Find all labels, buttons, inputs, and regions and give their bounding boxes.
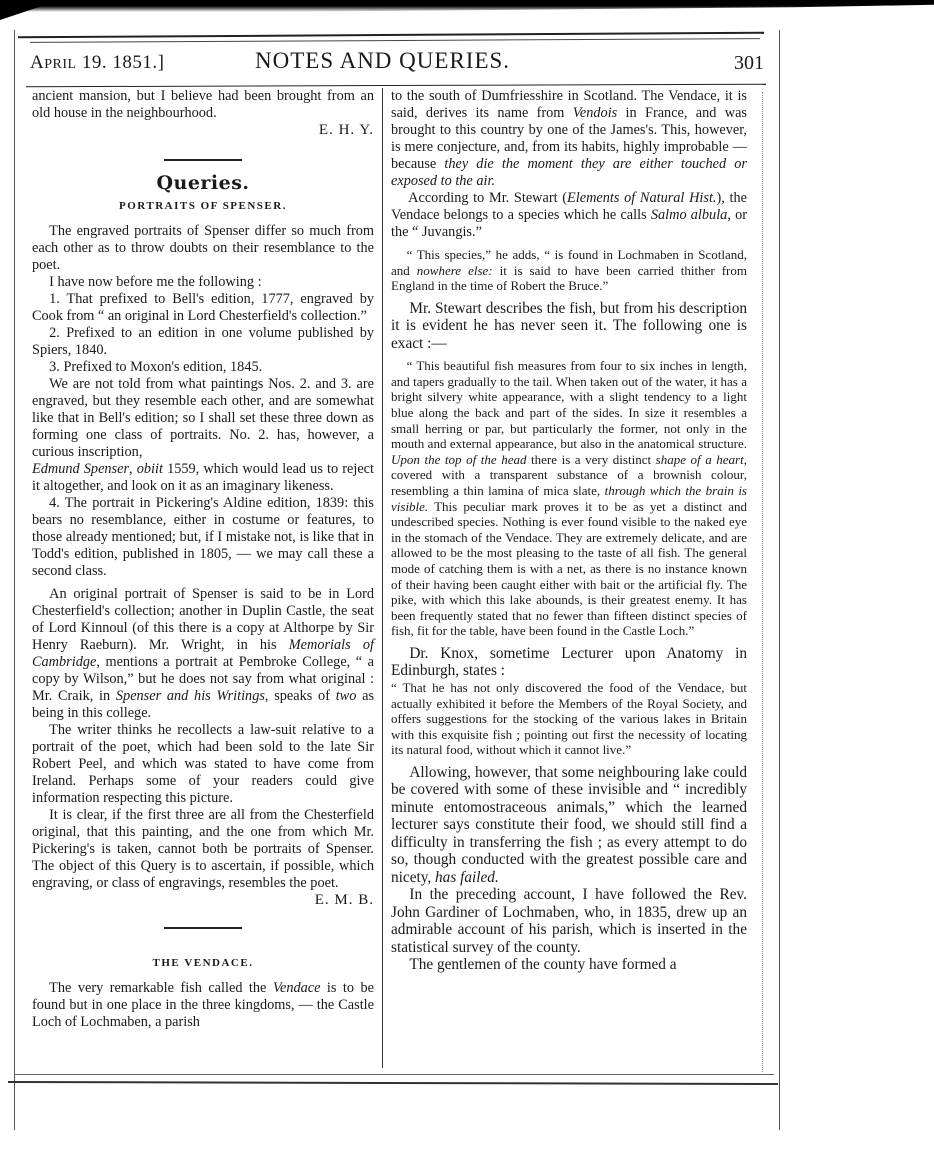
- paragraph: Dr. Knox, sometime Lecturer upon Anatomy…: [391, 645, 747, 680]
- paragraph: Edmund Spenser, obiit 1559, which would …: [32, 461, 374, 495]
- page-number: 301: [734, 52, 764, 75]
- paragraph: The engraved portraits of Spenser differ…: [32, 223, 374, 274]
- scan-shadow-top: [0, 0, 934, 12]
- paragraph: The gentlemen of the county have formed …: [391, 956, 747, 974]
- section-rule: [164, 927, 242, 929]
- column-divider: [382, 88, 383, 1068]
- article-title: PORTRAITS OF SPENSER.: [32, 198, 374, 215]
- paragraph: to the south of Dumfriesshire in Scotlan…: [391, 88, 747, 190]
- signature: E. M. B.: [32, 892, 374, 909]
- block-quote: “ This species,” he adds, “ is found in …: [391, 247, 747, 294]
- right-column: to the south of Dumfriesshire in Scotlan…: [391, 88, 747, 974]
- frame-rule-bottom-inner: [14, 1074, 774, 1075]
- paragraph: We are not told from what paintings Nos.…: [32, 376, 374, 461]
- paragraph: Mr. Stewart describes the fish, but from…: [391, 300, 747, 353]
- paragraph: Allowing, however, that some neighbourin…: [391, 764, 747, 887]
- paragraph: An original portrait of Spenser is said …: [32, 586, 374, 722]
- paragraph: In the preceding account, I have followe…: [391, 886, 747, 956]
- paragraph: According to Mr. Stewart (Elements of Na…: [391, 190, 747, 241]
- outer-margin-line: [762, 92, 763, 1072]
- paragraph: It is clear, if the first three are all …: [32, 807, 374, 892]
- section-rule: [164, 159, 242, 161]
- page-header: APRIL 19. 1851.] NOTES AND QUERIES. 301: [30, 46, 770, 82]
- left-column: ancient mansion, but I believe had been …: [32, 88, 374, 1031]
- section-label-queries: Queries.: [32, 175, 374, 192]
- issue-date: APRIL 19. 1851.]: [30, 52, 164, 74]
- paragraph: I have now before me the following :: [32, 274, 374, 291]
- paragraph: The writer thinks he recollects a law-su…: [32, 722, 374, 807]
- paragraph: The very remarkable fish called the Vend…: [32, 980, 374, 1031]
- paragraph: 2. Prefixed to an edition in one volume …: [32, 325, 374, 359]
- signature: E. H. Y.: [32, 122, 374, 139]
- article-title: THE VENDACE.: [32, 955, 374, 972]
- paragraph: 3. Prefixed to Moxon's edition, 1845.: [32, 359, 374, 376]
- block-quote: “ That he has not only discovered the fo…: [391, 680, 747, 758]
- continuation-text: ancient mansion, but I believe had been …: [32, 88, 374, 122]
- journal-title: NOTES AND QUERIES.: [255, 48, 510, 74]
- block-quote: “ This beautiful fish measures from four…: [391, 358, 747, 639]
- paragraph: 4. The portrait in Pickering's Aldine ed…: [32, 495, 374, 580]
- paragraph: 1. That prefixed to Bell's edition, 1777…: [32, 291, 374, 325]
